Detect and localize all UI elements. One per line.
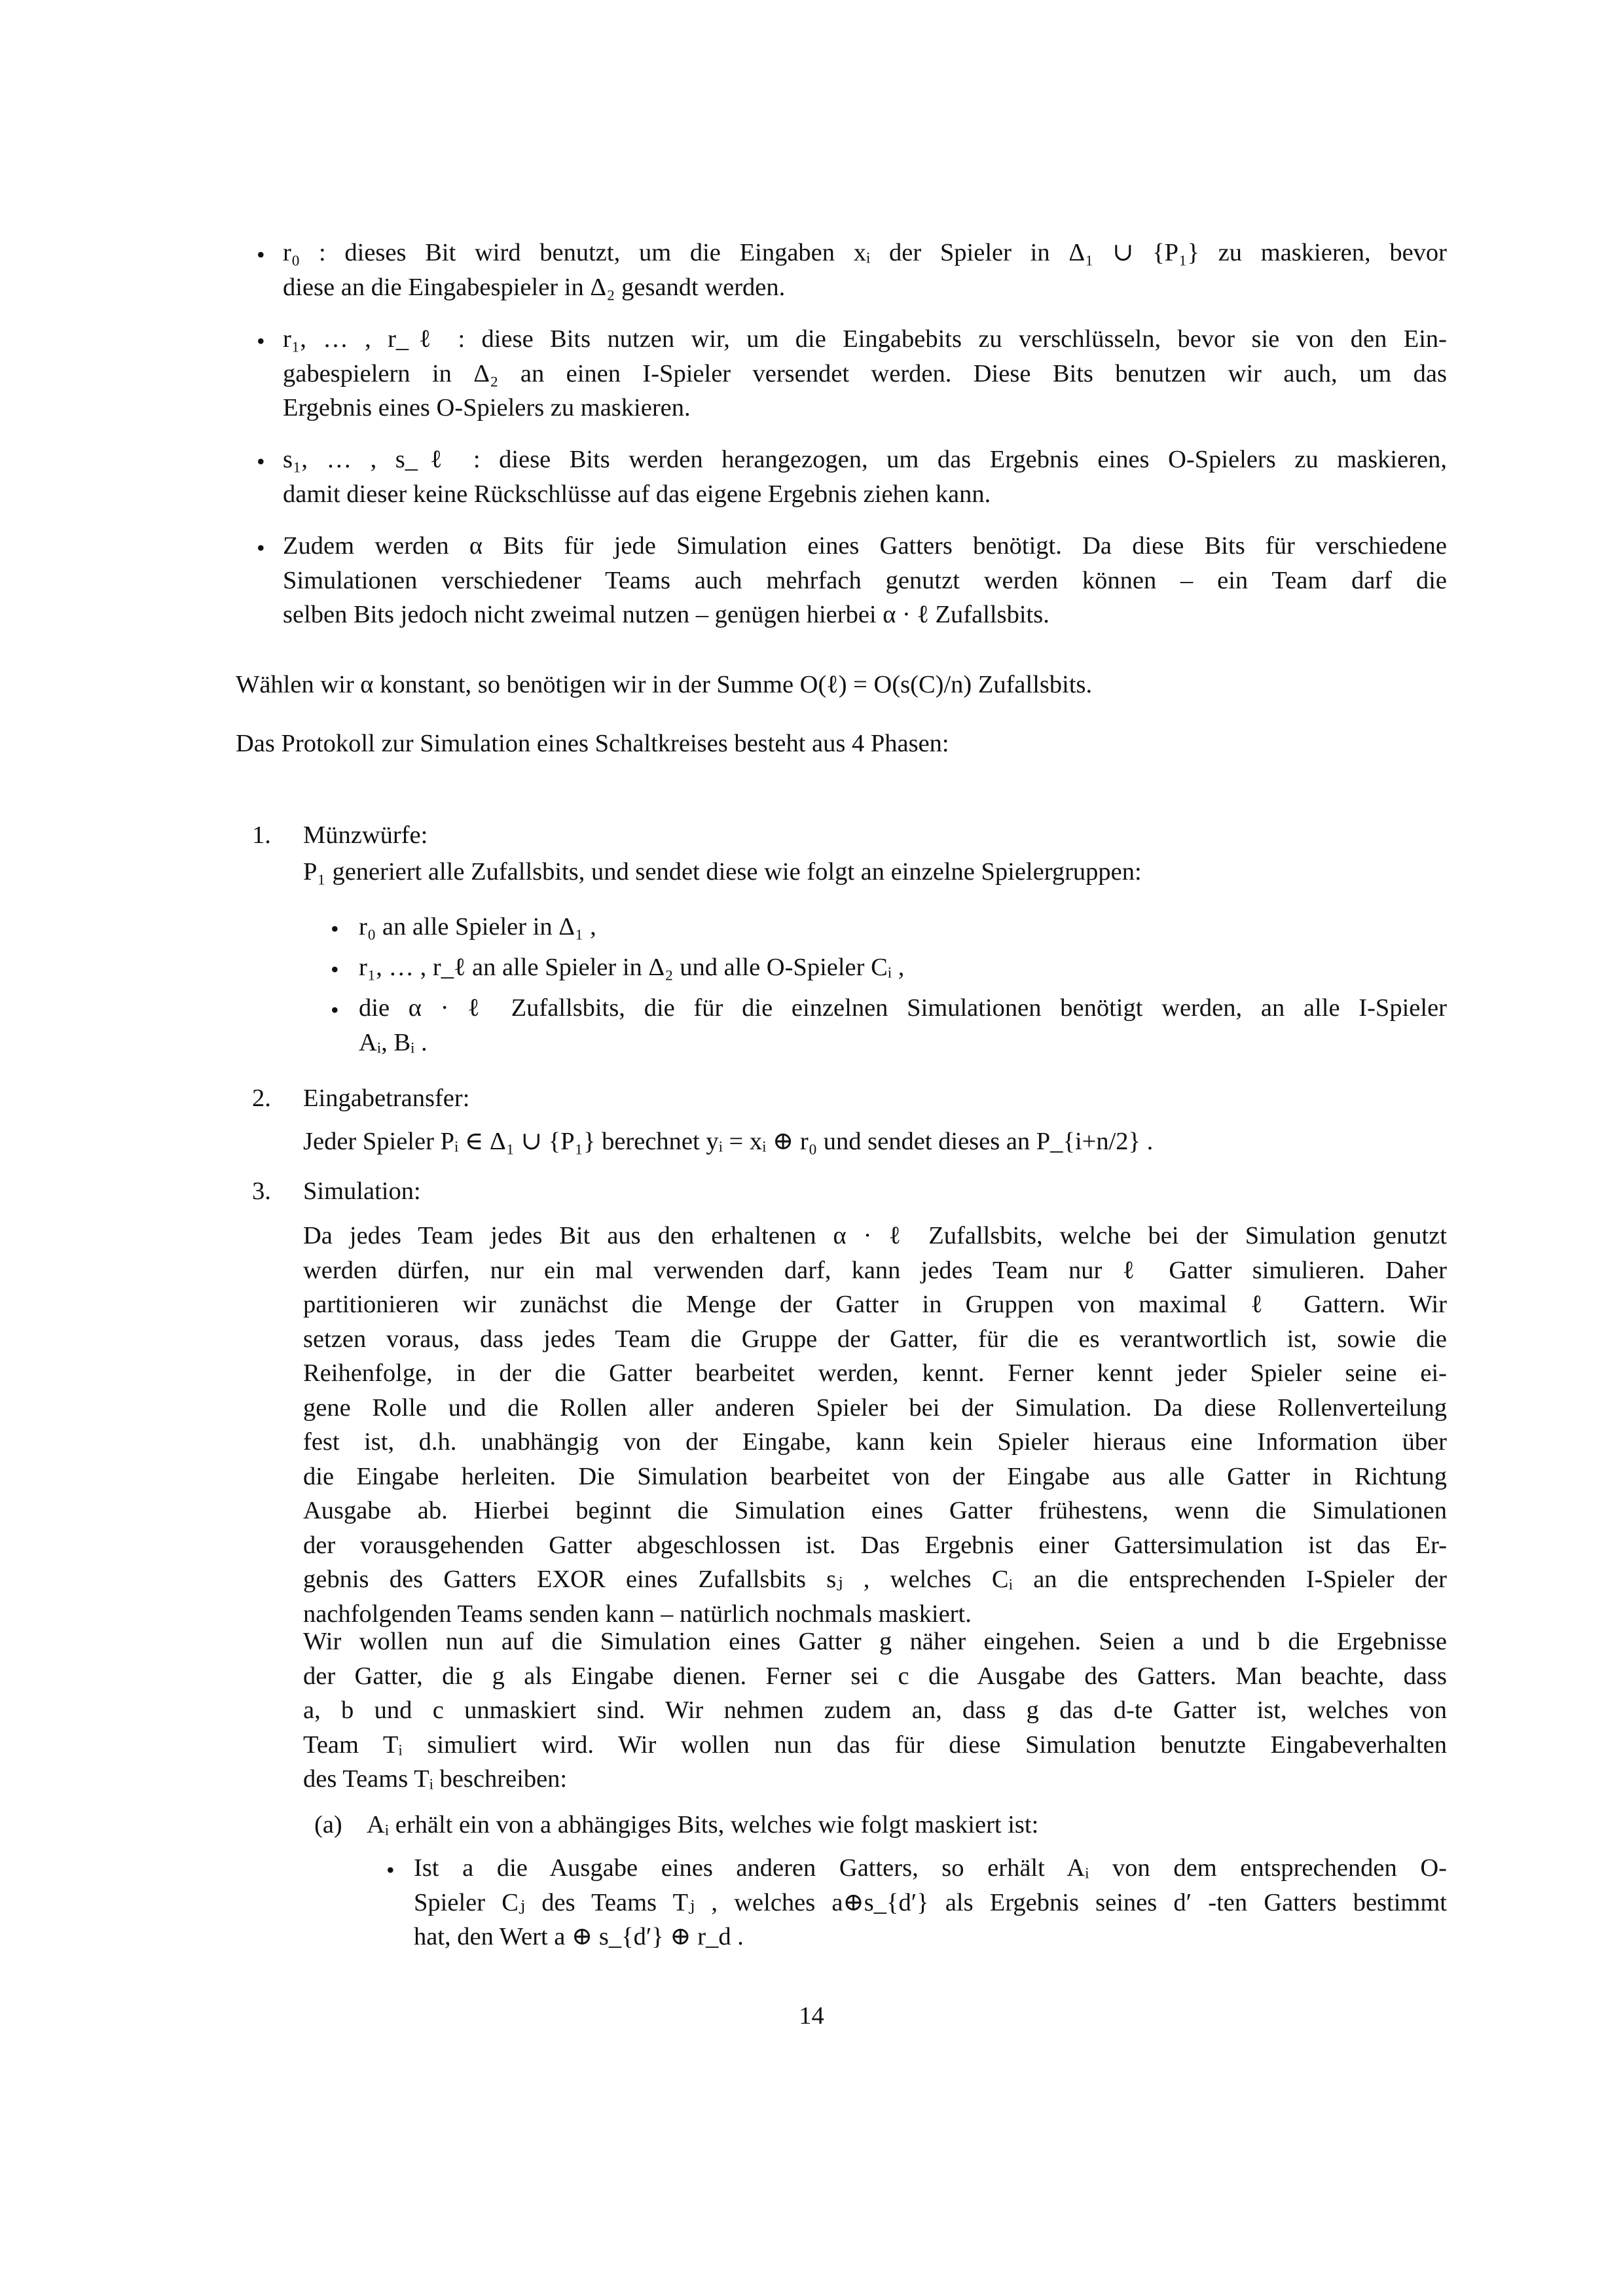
simulation-paragraph-1: Da jedes Team jedes Bit aus den erhalten… (303, 1219, 1447, 1631)
text-line: Aᵢ, Bᵢ . (359, 1026, 1447, 1060)
text-line: die Eingabe herleiten. Die Simulation be… (303, 1460, 1447, 1494)
phase-text: Jeder Spieler Pᵢ ∈ Δ₁ ∪ {P₁} berechnet y… (303, 1124, 1447, 1159)
bullet-icon: • (331, 956, 339, 983)
phase-number: 2. (252, 1081, 291, 1116)
bullet-icon: • (257, 241, 265, 268)
text-line: selben Bits jedoch nicht zweimal nutzen … (283, 598, 1447, 632)
text-line: der Gatter, die g als Eingabe dienen. Fe… (303, 1659, 1447, 1694)
text-line: Simulationen verschiedener Teams auch me… (283, 564, 1447, 598)
simulation-paragraph-2: Wir wollen nun auf die Simulation eines … (303, 1624, 1447, 1797)
text-line: fest ist, d.h. unabhängig von der Eingab… (303, 1425, 1447, 1460)
text-line: gene Rolle und die Rollen aller anderen … (303, 1391, 1447, 1426)
text-line: Ist a die Ausgabe eines anderen Gatters,… (414, 1851, 1447, 1886)
paragraph-alpha-constant: Wählen wir α konstant, so benötigen wir … (236, 668, 1447, 702)
text-line: Da jedes Team jedes Bit aus den erhalten… (303, 1219, 1447, 1253)
sub-bullet: r₀ an alle Spieler in Δ₁ , (359, 910, 1447, 944)
text-line: Ausgabe ab. Hierbei beginnt die Simulati… (303, 1494, 1447, 1528)
phase-title: Münzwürfe: (303, 818, 1447, 853)
text-line: hat, den Wert a ⊕ s_{d′} ⊕ r_d . (414, 1920, 1447, 1954)
text-line: r₁, … , r_ℓ : diese Bits nutzen wir, um … (283, 322, 1447, 357)
phase-title: Eingabetransfer: (303, 1081, 1447, 1116)
text-line: gabespielern in Δ₂ an einen I-Spieler ve… (283, 357, 1447, 391)
phase-number: 1. (252, 818, 291, 853)
phase-title: Simulation: (303, 1174, 1447, 1209)
intro-bullet-s1-sl: s₁, … , s_ℓ : diese Bits werden herangez… (283, 442, 1447, 511)
text-line: r₀ : dieses Bit wird benutzt, um die Ein… (283, 236, 1447, 270)
phase-text: P₁ generiert alle Zufallsbits, und sende… (303, 855, 1447, 889)
text-line: gebnis des Gatters EXOR eines Zufallsbit… (303, 1562, 1447, 1597)
text-line: Team Tᵢ simuliert wird. Wir wollen nun d… (303, 1728, 1447, 1763)
text-line: werden dürfen, nur ein mal verwenden dar… (303, 1253, 1447, 1288)
intro-bullet-r1-rl: r₁, … , r_ℓ : diese Bits nutzen wir, um … (283, 322, 1447, 425)
sub-item-label: (a) (314, 1808, 367, 1842)
bullet-icon: • (257, 327, 265, 355)
text-line: setzen voraus, dass jedes Team die Grupp… (303, 1322, 1447, 1357)
text-line: Wir wollen nun auf die Simulation eines … (303, 1624, 1447, 1659)
paragraph-protocol-intro: Das Protokoll zur Simulation eines Schal… (236, 726, 1447, 761)
sub-bullet: r₁, … , r_ℓ an alle Spieler in Δ₂ und al… (359, 950, 1447, 985)
page-number: 14 (0, 2001, 1623, 2030)
text-line: diese an die Eingabespieler in Δ₂ gesand… (283, 270, 1447, 305)
sub-item-bullet: Ist a die Ausgabe eines anderen Gatters,… (414, 1851, 1447, 1954)
text-line: Reihenfolge, in der die Gatter bearbeite… (303, 1356, 1447, 1391)
text-line: Spieler Cⱼ des Teams Tⱼ , welches a⊕s_{d… (414, 1886, 1447, 1920)
text-line: Zudem werden α Bits für jede Simulation … (283, 529, 1447, 564)
bullet-icon: • (257, 534, 265, 562)
text-line: die α · ℓ Zufallsbits, die für die einze… (359, 991, 1447, 1026)
phase-number: 3. (252, 1174, 291, 1209)
text-line: Ergebnis eines O-Spielers zu maskieren. (283, 391, 1447, 425)
text-line: a, b und c unmaskiert sind. Wir nehmen z… (303, 1693, 1447, 1728)
intro-bullet-r0: r₀ : dieses Bit wird benutzt, um die Ein… (283, 236, 1447, 304)
sub-item-text: Aᵢ erhält ein von a abhängiges Bits, wel… (367, 1808, 1447, 1842)
bullet-icon: • (331, 915, 339, 942)
text-line: der vorausgehenden Gatter abgeschlossen … (303, 1528, 1447, 1563)
text-line: damit dieser keine Rückschlüsse auf das … (283, 477, 1447, 512)
sub-bullet: die α · ℓ Zufallsbits, die für die einze… (359, 991, 1447, 1060)
text-line: partitionieren wir zunächst die Menge de… (303, 1287, 1447, 1322)
bullet-icon: • (257, 448, 265, 475)
bullet-icon: • (331, 996, 339, 1024)
bullet-icon: • (386, 1856, 395, 1884)
intro-bullet-alpha: Zudem werden α Bits für jede Simulation … (283, 529, 1447, 632)
text-line: des Teams Tᵢ beschreiben: (303, 1762, 1447, 1797)
text-line: s₁, … , s_ℓ : diese Bits werden herangez… (283, 442, 1447, 477)
document-page: • r₀ : dieses Bit wird benutzt, um die E… (0, 0, 1623, 2296)
